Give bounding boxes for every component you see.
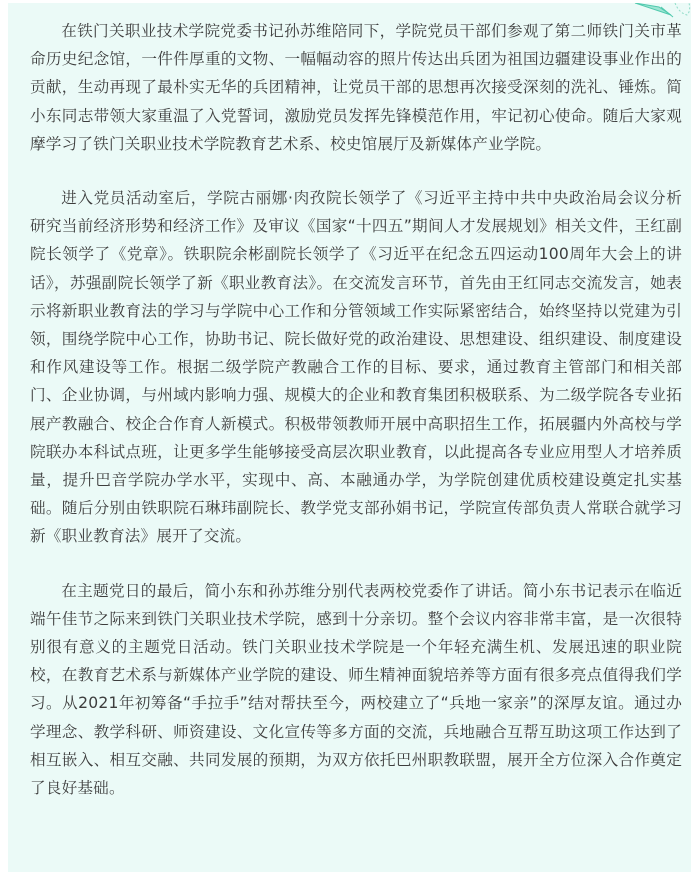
paragraph-visit: 在铁门关职业技术学院党委书记孙苏维陪同下，学院党员干部们参观了第二师铁门关市革命… — [30, 17, 682, 158]
paragraph-closing: 在主题党日的最后，简小东和孙苏维分别代表两校党委作了讲话。简小东书记表示在临近端… — [30, 577, 682, 803]
article-panel: 在铁门关职业技术学院党委书记孙苏维陪同下，学院党员干部们参观了第二师铁门关市革命… — [8, 3, 691, 872]
paragraph-study: 进入党员活动室后，学院古丽娜·肉孜院长领学了《习近平主持中共中央政治局会议分析研… — [30, 184, 682, 551]
article-body: 在铁门关职业技术学院党委书记孙苏维陪同下，学院党员干部们参观了第二师铁门关市革命… — [30, 17, 682, 828]
